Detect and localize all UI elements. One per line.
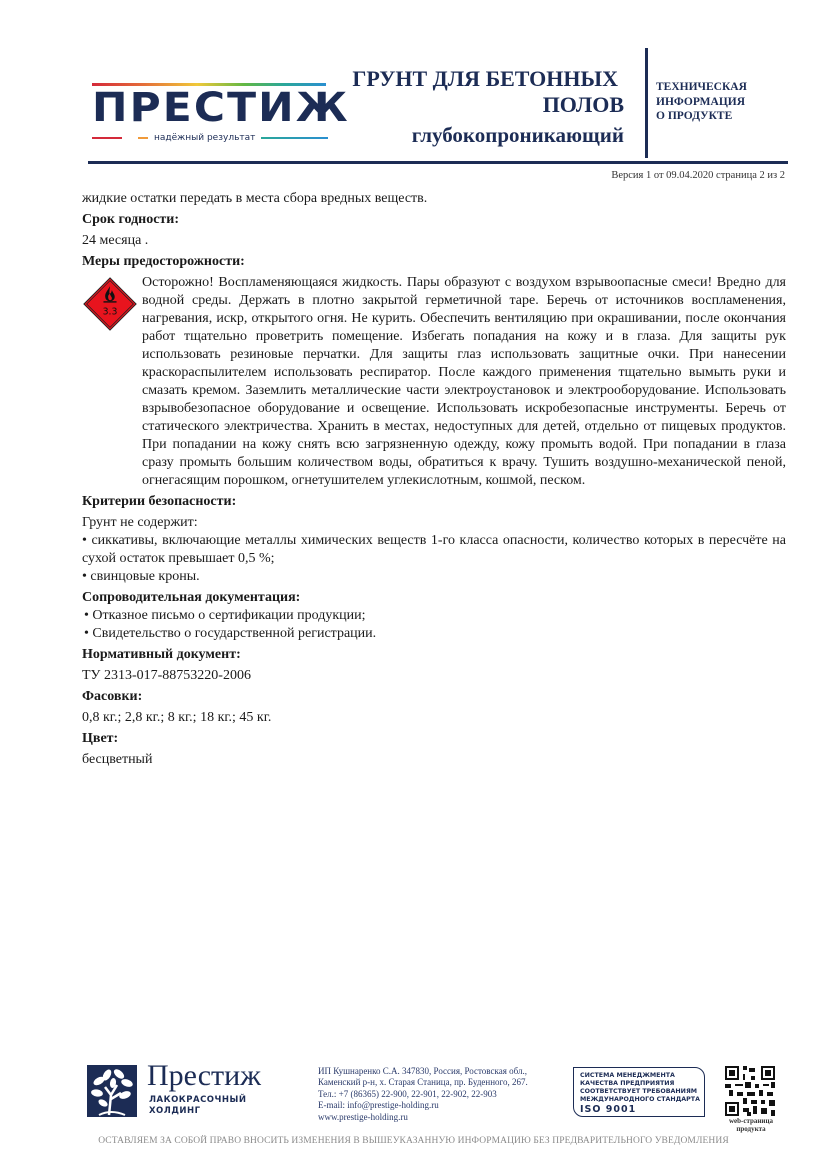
iso-standard: ISO 9001 [580,1104,698,1115]
list-item: • Отказное письмо о сертификации продукц… [82,607,786,625]
iso-badge: СИСТЕМА МЕНЕДЖМЕНТА КАЧЕСТВА ПРЕДПРИЯТИЯ… [573,1067,705,1117]
product-subtitle: глубокопроникающий [340,120,624,150]
qr-caption-line: web-страница [722,1117,780,1125]
list-item: • Свидетельство о государственной регист… [82,625,786,643]
svg-text:3.3: 3.3 [103,306,118,317]
intro-text: жидкие остатки передать в места сбора вр… [82,190,786,208]
list-item: • сиккативы, включающие металлы химическ… [82,532,786,568]
iso-line: КАЧЕСТВА ПРЕДПРИЯТИЯ [580,1080,698,1088]
flammable-hazard-icon: 3.3 [82,276,142,336]
documentation-heading: Сопроводительная документация: [82,589,786,607]
shelf-life-heading: Срок годности: [82,211,786,229]
qr-caption-line: продукта [722,1125,780,1133]
product-title: ГРУНТ ДЛЯ БЕТОННЫХ ПОЛОВ глубокопроникаю… [340,66,624,150]
normative-value: ТУ 2313-017-88753220-2006 [82,667,786,685]
contact-address: Каменский р-н, х. Старая Станица, пр. Бу… [318,1077,528,1088]
contact-info: ИП Кушнаренко С.А. 347830, Россия, Росто… [318,1066,528,1123]
header-rule [88,161,788,164]
header-vertical-divider [645,48,648,158]
iso-line: СООТВЕТСТВУЕТ ТРЕБОВАНИЯМ [580,1088,698,1096]
list-item: • свинцовые кроны. [82,568,786,586]
logo-tagline-row: надёжный результат [92,132,328,144]
safety-criteria-intro: Грунт не содержит: [82,514,786,532]
document-body: жидкие остатки передать в места сбора вр… [82,190,786,769]
logo-dash-orange [138,137,148,139]
tech-info-label: ТЕХНИЧЕСКАЯ ИНФОРМАЦИЯ О ПРОДУКТЕ [656,80,747,124]
tech-info-line: О ПРОДУКТЕ [656,109,747,124]
normative-heading: Нормативный документ: [82,646,786,664]
safety-criteria-list: • сиккативы, включающие металлы химическ… [82,532,786,586]
documentation-list: • Отказное письмо о сертификации продукц… [82,607,786,643]
footer-brand: Престиж [147,1059,261,1093]
contact-phone: Тел.: +7 (86365) 22-900, 22-901, 22-902,… [318,1089,528,1100]
product-title-line2: ПОЛОВ [340,92,624,118]
tech-info-line: ТЕХНИЧЕСКАЯ [656,80,747,95]
packaging-value: 0,8 кг.; 2,8 кг.; 8 кг.; 18 кг.; 45 кг. [82,709,786,727]
precautions-heading: Меры предосторожности: [82,253,786,271]
footer-brand-sub: ЛАКОКРАСОЧНЫЙ ХОЛДИНГ [149,1095,246,1117]
prestige-logo: ПРЕСТИЖ надёжный результат [92,80,328,140]
version-info: Версия 1 от 09.04.2020 страница 2 из 2 [611,170,785,181]
color-value: бесцветный [82,751,786,769]
product-title-line1: ГРУНТ ДЛЯ БЕТОННЫХ [340,66,624,92]
footer-brand-sub-line: ЛАКОКРАСОЧНЫЙ [149,1095,246,1106]
contact-website[interactable]: www.prestige-holding.ru [318,1112,528,1123]
tree-icon [87,1065,137,1117]
qr-code-icon[interactable] [725,1066,775,1116]
logo-dash-red [92,137,122,139]
qr-caption: web-страница продукта [722,1117,780,1133]
shelf-life-value: 24 месяца . [82,232,786,250]
precautions-section: 3.3 Осторожно! Воспламеняющаяся жидкость… [82,274,786,490]
iso-line: МЕЖДУНАРОДНОГО СТАНДАРТА [580,1096,698,1104]
tech-info-line: ИНФОРМАЦИЯ [656,95,747,110]
safety-criteria-heading: Критерии безопасности: [82,493,786,511]
contact-email[interactable]: E-mail: info@prestige-holding.ru [318,1100,528,1111]
packaging-heading: Фасовки: [82,688,786,706]
color-heading: Цвет: [82,730,786,748]
iso-line: СИСТЕМА МЕНЕДЖМЕНТА [580,1072,698,1080]
logo-wordmark: ПРЕСТИЖ [92,84,342,132]
logo-dash-blue [261,137,328,139]
disclaimer: ОСТАВЛЯЕМ ЗА СОБОЙ ПРАВО ВНОСИТЬ ИЗМЕНЕН… [0,1136,827,1146]
logo-tagline: надёжный результат [154,133,255,143]
footer-logo: Престиж ЛАКОКРАСОЧНЫЙ ХОЛДИНГ [87,1065,307,1117]
contact-address: ИП Кушнаренко С.А. 347830, Россия, Росто… [318,1066,528,1077]
precautions-text: Осторожно! Воспламеняющаяся жидкость. Па… [142,274,786,490]
footer-brand-sub-line: ХОЛДИНГ [149,1106,246,1117]
